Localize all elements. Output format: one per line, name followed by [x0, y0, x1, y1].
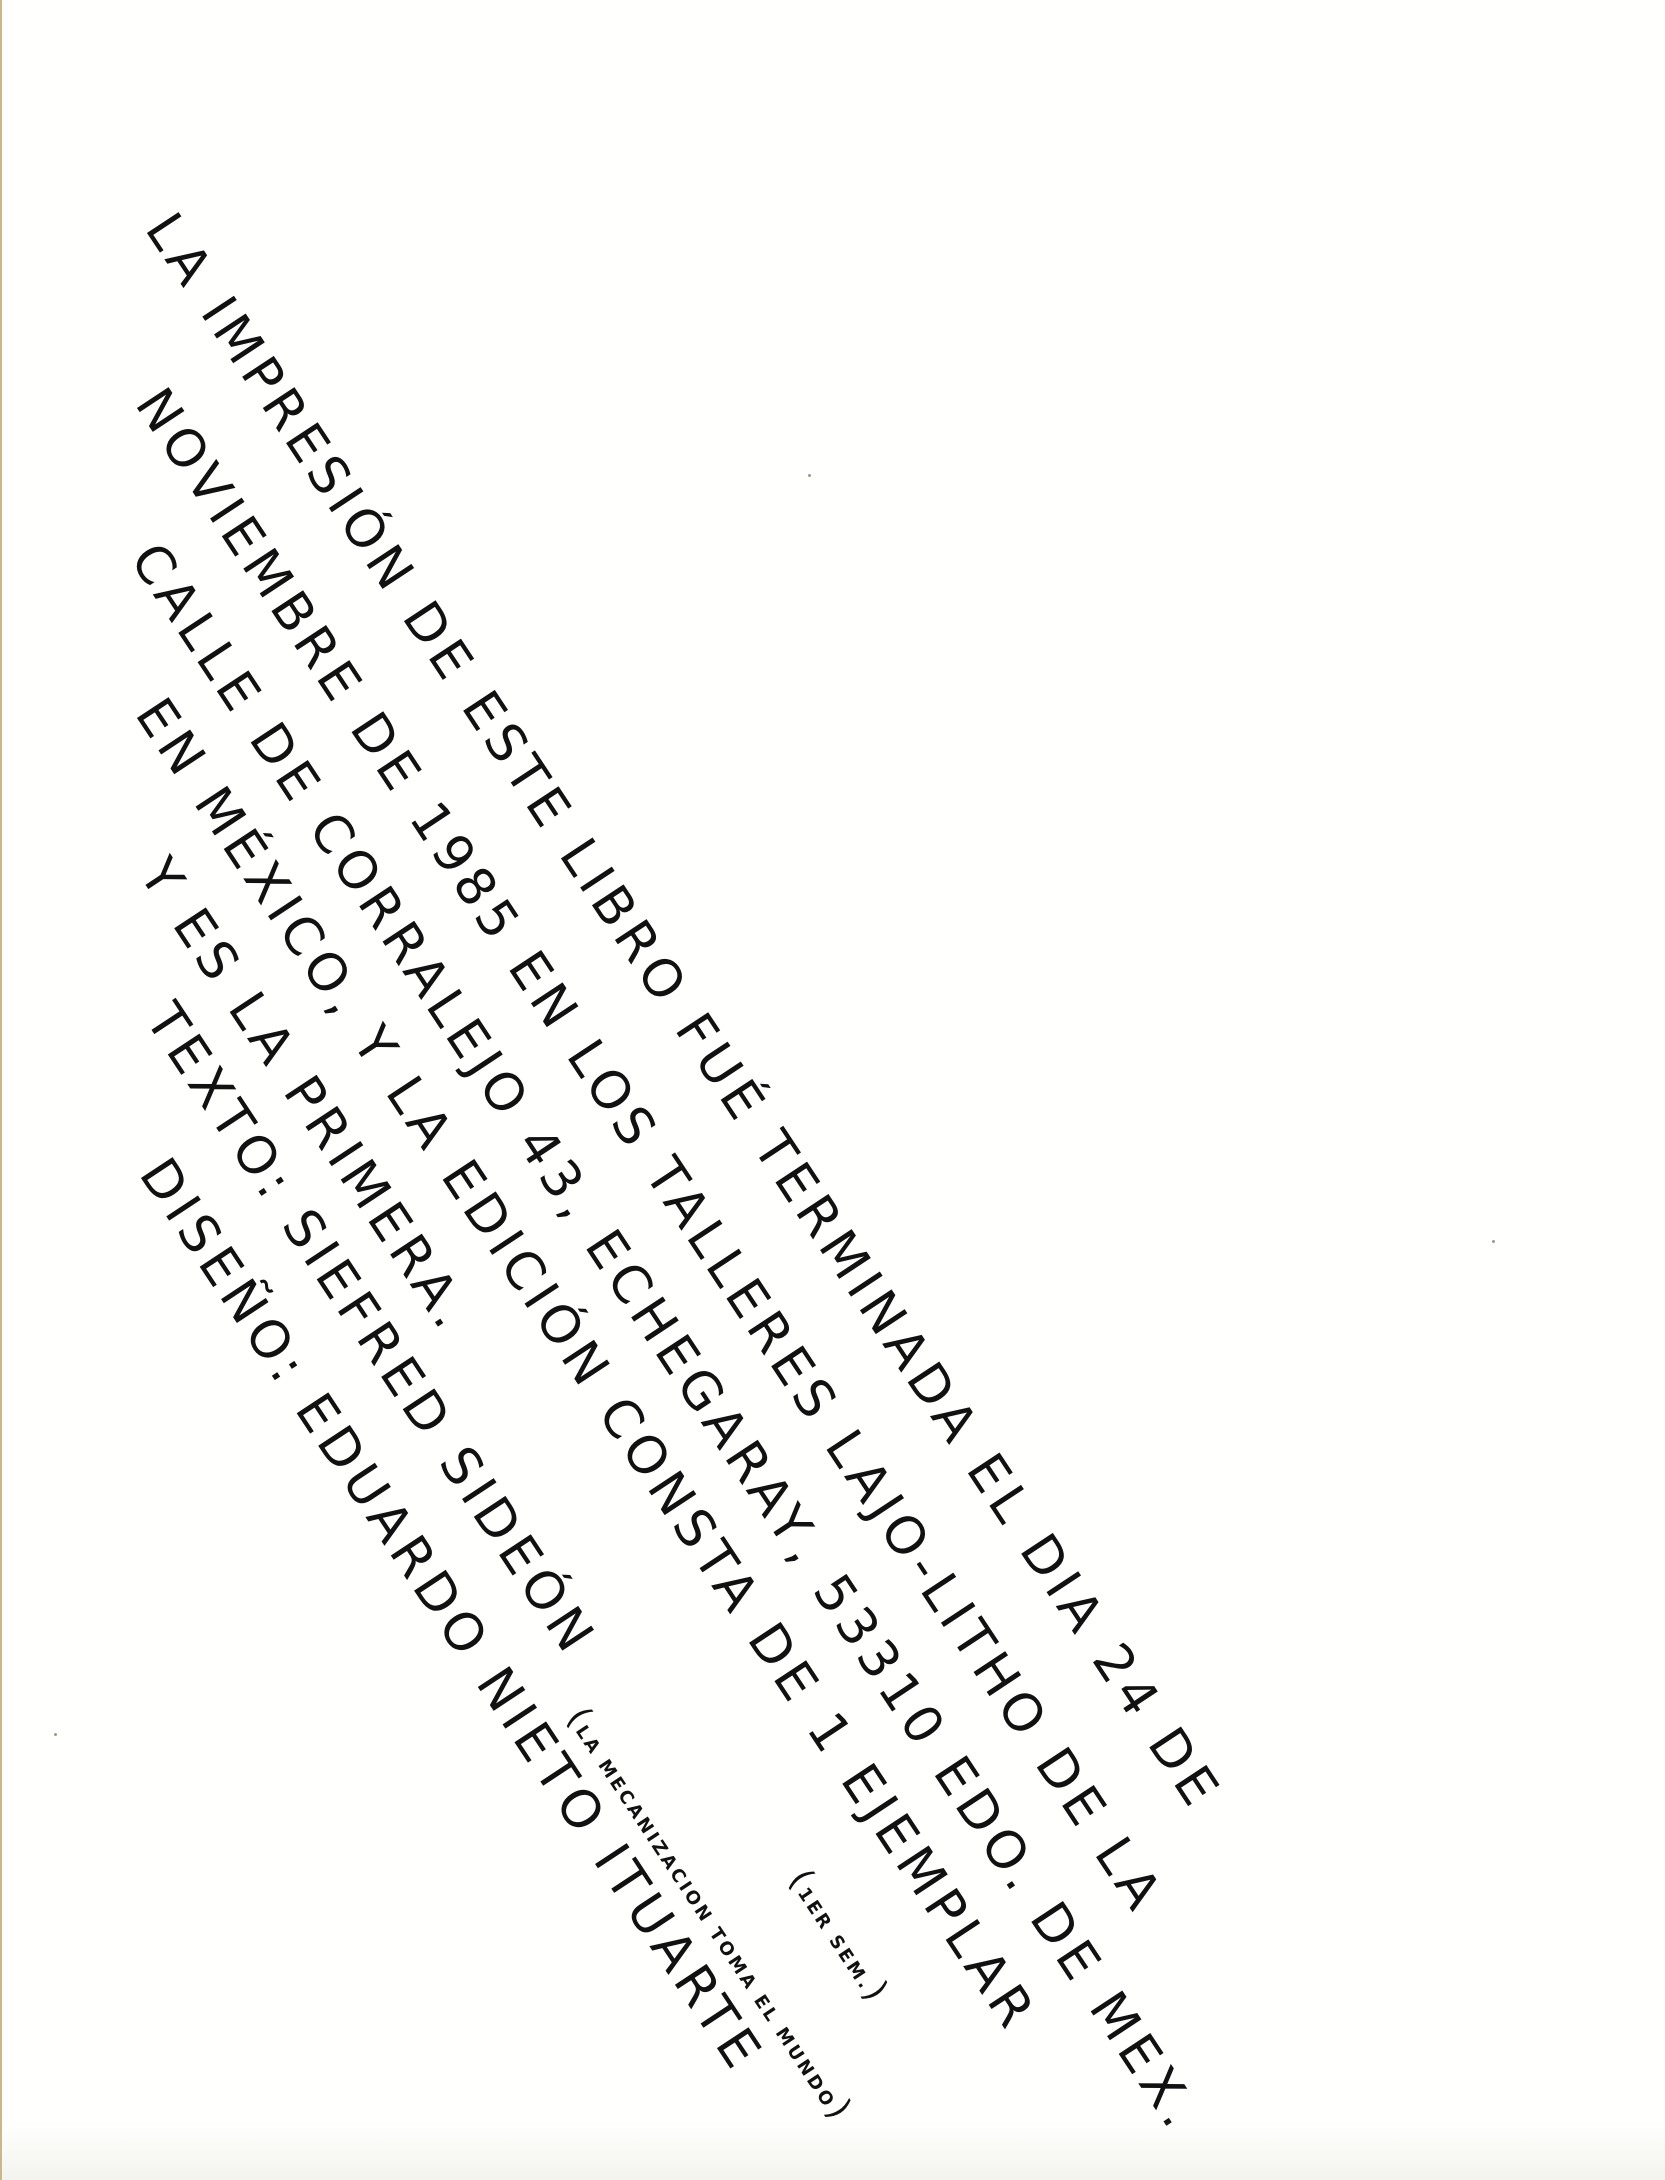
- paper-speck: [1492, 1240, 1495, 1243]
- annotation-text: 1ER SEM.: [793, 1884, 876, 1995]
- paper-speck: [808, 474, 811, 477]
- scanned-page: LA IMPRESIÓN DE ESTE LIBRO FUÉ TERMINADA…: [0, 0, 1665, 2180]
- colophon-line-1: LA IMPRESIÓN DE ESTE LIBRO FUÉ TERMINADA…: [137, 205, 1230, 1819]
- paper-speck: [54, 1733, 57, 1736]
- annotation-design-semester: (1ER SEM.): [781, 1862, 898, 2010]
